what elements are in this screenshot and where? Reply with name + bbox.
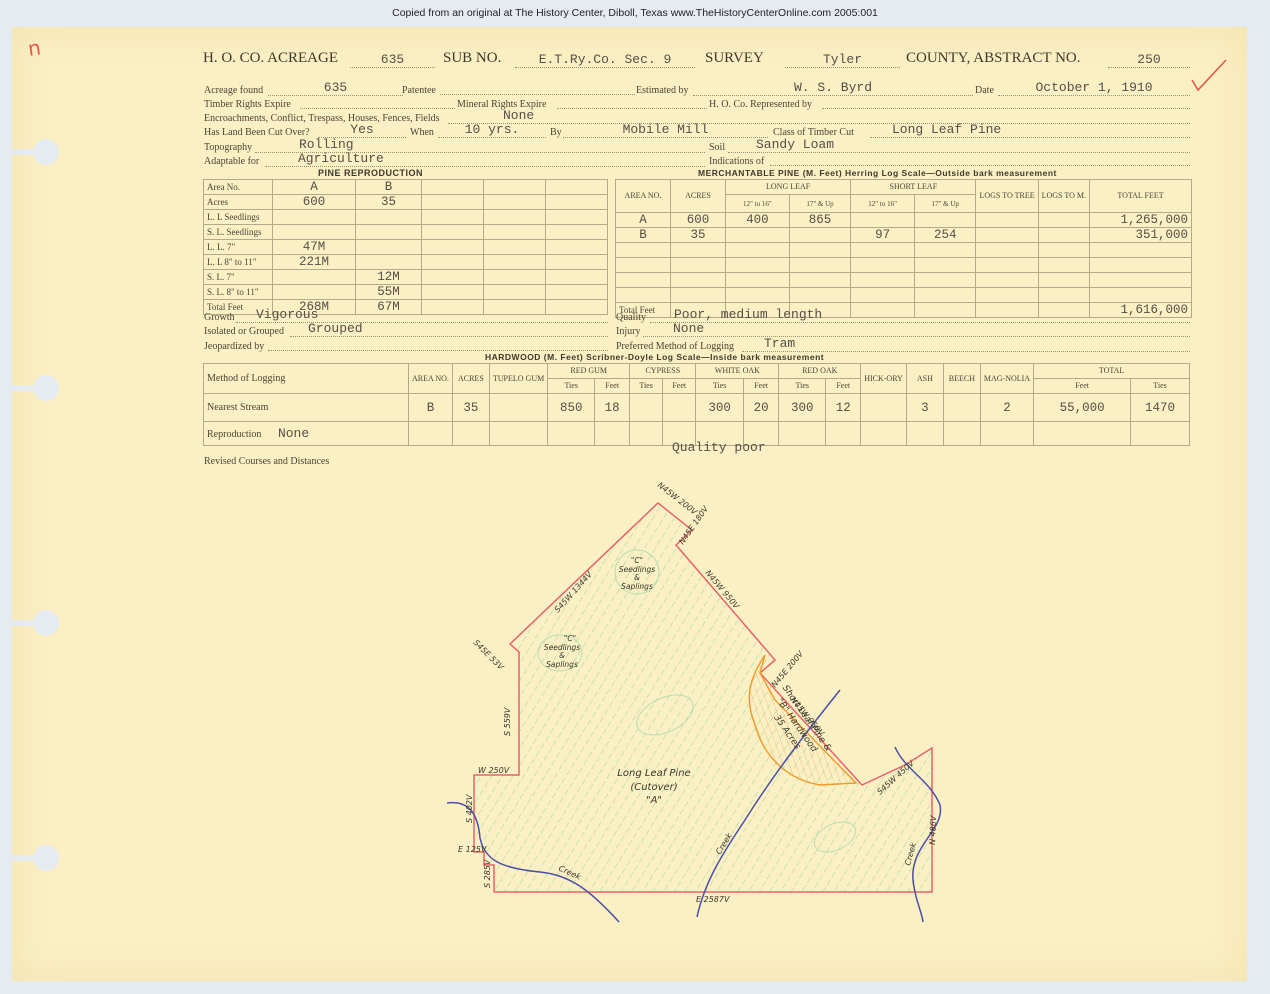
svg-text:"C": "C" [564, 634, 576, 643]
adaptable-label: Adaptable for [204, 156, 259, 167]
estimated-by-value: W. S. Byrd [693, 80, 973, 96]
table-row: L. L. 7"47M [204, 240, 608, 255]
table-row: S. L. 7"12M [204, 270, 608, 285]
binder-hole [33, 610, 59, 636]
indications-value [770, 153, 1190, 166]
table-row: L. L 8" to 11"221M [204, 255, 608, 270]
survey-map: N45W 200V N45E 180V N45W 950V N45E 200V … [430, 470, 970, 930]
svg-text:"A": "A" [646, 795, 662, 806]
pine-reproduction-title: PINE REPRODUCTION [318, 168, 423, 178]
binder-hole [33, 139, 59, 165]
county-value: Tyler [785, 52, 900, 68]
table-row: A600 400865 1,265,000 [616, 213, 1192, 228]
logging-method-value: Tram [742, 336, 1190, 352]
svg-text:&: & [634, 573, 640, 582]
svg-text:W 250V: W 250V [478, 766, 510, 775]
quality-label: Quality [616, 312, 646, 323]
table-row: S. L. Seedlings [204, 225, 608, 240]
estimated-by-label: Estimated by [636, 85, 689, 96]
table-row: S. L. 8" to 11"55M [204, 285, 608, 300]
isolated-label: Isolated or Grouped [204, 326, 284, 337]
date-value: October 1, 1910 [998, 80, 1190, 96]
timber-rights-value [300, 96, 455, 109]
table-row: Nearest Stream B 35 850 18 300 20 300 12… [204, 394, 1190, 422]
table-row: Area No.AB [204, 180, 608, 195]
tract-boundary [474, 503, 932, 892]
svg-text:Saplings: Saplings [621, 582, 653, 591]
adaptable-value: Agriculture [265, 151, 705, 167]
jeopardized-value [268, 338, 608, 351]
acreage-found-label: Acreage found [204, 85, 263, 96]
table-row: Acres60035 [204, 195, 608, 210]
timber-rights-label: Timber Rights Expire [204, 99, 291, 110]
when-value: 10 yrs. [438, 122, 546, 138]
area-a-label: Long Leaf Pine [617, 768, 690, 779]
checkmark-icon [1190, 58, 1230, 94]
binder-hole [33, 845, 59, 871]
svg-text:Saplings: Saplings [546, 660, 578, 669]
soil-value: Sandy Loam [728, 137, 1190, 153]
logging-method-label: Preferred Method of Logging [616, 341, 734, 352]
survey-label: SURVEY [705, 50, 764, 67]
svg-text:N 486V: N 486V [928, 815, 938, 845]
svg-text:S 285V: S 285V [483, 859, 492, 888]
merchantable-pine-table: AREA NO. ACRES LONG LEAF SHORT LEAF LOGS… [615, 179, 1192, 318]
svg-text:E 125V: E 125V [458, 845, 487, 854]
patentee-label: Patentee [402, 85, 436, 96]
svg-text:"C": "C" [631, 556, 643, 565]
hardwood-title: HARDWOOD (M. Feet) Scribner-Doyle Log Sc… [485, 352, 824, 362]
sub-label: SUB NO. [443, 50, 501, 67]
by-value: Mobile Mill [563, 122, 768, 138]
revised-courses-label: Revised Courses and Distances [204, 456, 329, 467]
table-row: B35 97254 351,000 [616, 228, 1192, 243]
topography-label: Topography [204, 142, 252, 153]
svg-text:S 402V: S 402V [465, 794, 474, 823]
binder-hole [33, 375, 59, 401]
jeopardized-label: Jeopardized by [204, 341, 264, 352]
merchantable-pine-title: MERCHANTABLE PINE (M. Feet) Herring Log … [698, 168, 1057, 178]
acreage-value: 635 [350, 52, 435, 68]
pine-reproduction-table: Area No.AB Acres60035 L. L Seedlings S. … [203, 179, 608, 315]
patentee-value [440, 80, 635, 95]
injury-value: None [643, 321, 1190, 337]
county-abstract-label: COUNTY, ABSTRACT NO. [906, 50, 1080, 67]
growth-label: Growth [204, 312, 235, 323]
indications-label: Indications of [709, 156, 764, 167]
svg-text:(Cutover): (Cutover) [630, 782, 677, 793]
hardwood-table: Method of Logging AREA NO. ACRES TUPELO … [203, 363, 1190, 446]
date-label: Date [975, 85, 994, 96]
sub-value: E.T.Ry.Co. Sec. 9 [515, 52, 695, 68]
table-row: L. L Seedlings [204, 210, 608, 225]
cut-over-value: Yes [318, 122, 406, 138]
svg-text:S 559V: S 559V [503, 707, 512, 736]
svg-text:&: & [559, 651, 565, 660]
hardwood-quality-note: Quality poor [672, 440, 766, 455]
class-value: Long Leaf Pine [870, 122, 1190, 138]
svg-text:E 2587V: E 2587V [696, 895, 730, 904]
injury-label: Injury [616, 326, 640, 337]
archive-banner: Copied from an original at The History C… [0, 7, 1270, 19]
acreage-label: H. O. CO. ACREAGE [203, 50, 338, 67]
isolated-value: Grouped [290, 321, 608, 337]
svg-text:S45E 53V: S45E 53V [472, 638, 506, 672]
soil-label: Soil [709, 142, 725, 153]
acreage-found-value: 635 [268, 80, 403, 96]
abstract-value: 250 [1108, 52, 1190, 68]
